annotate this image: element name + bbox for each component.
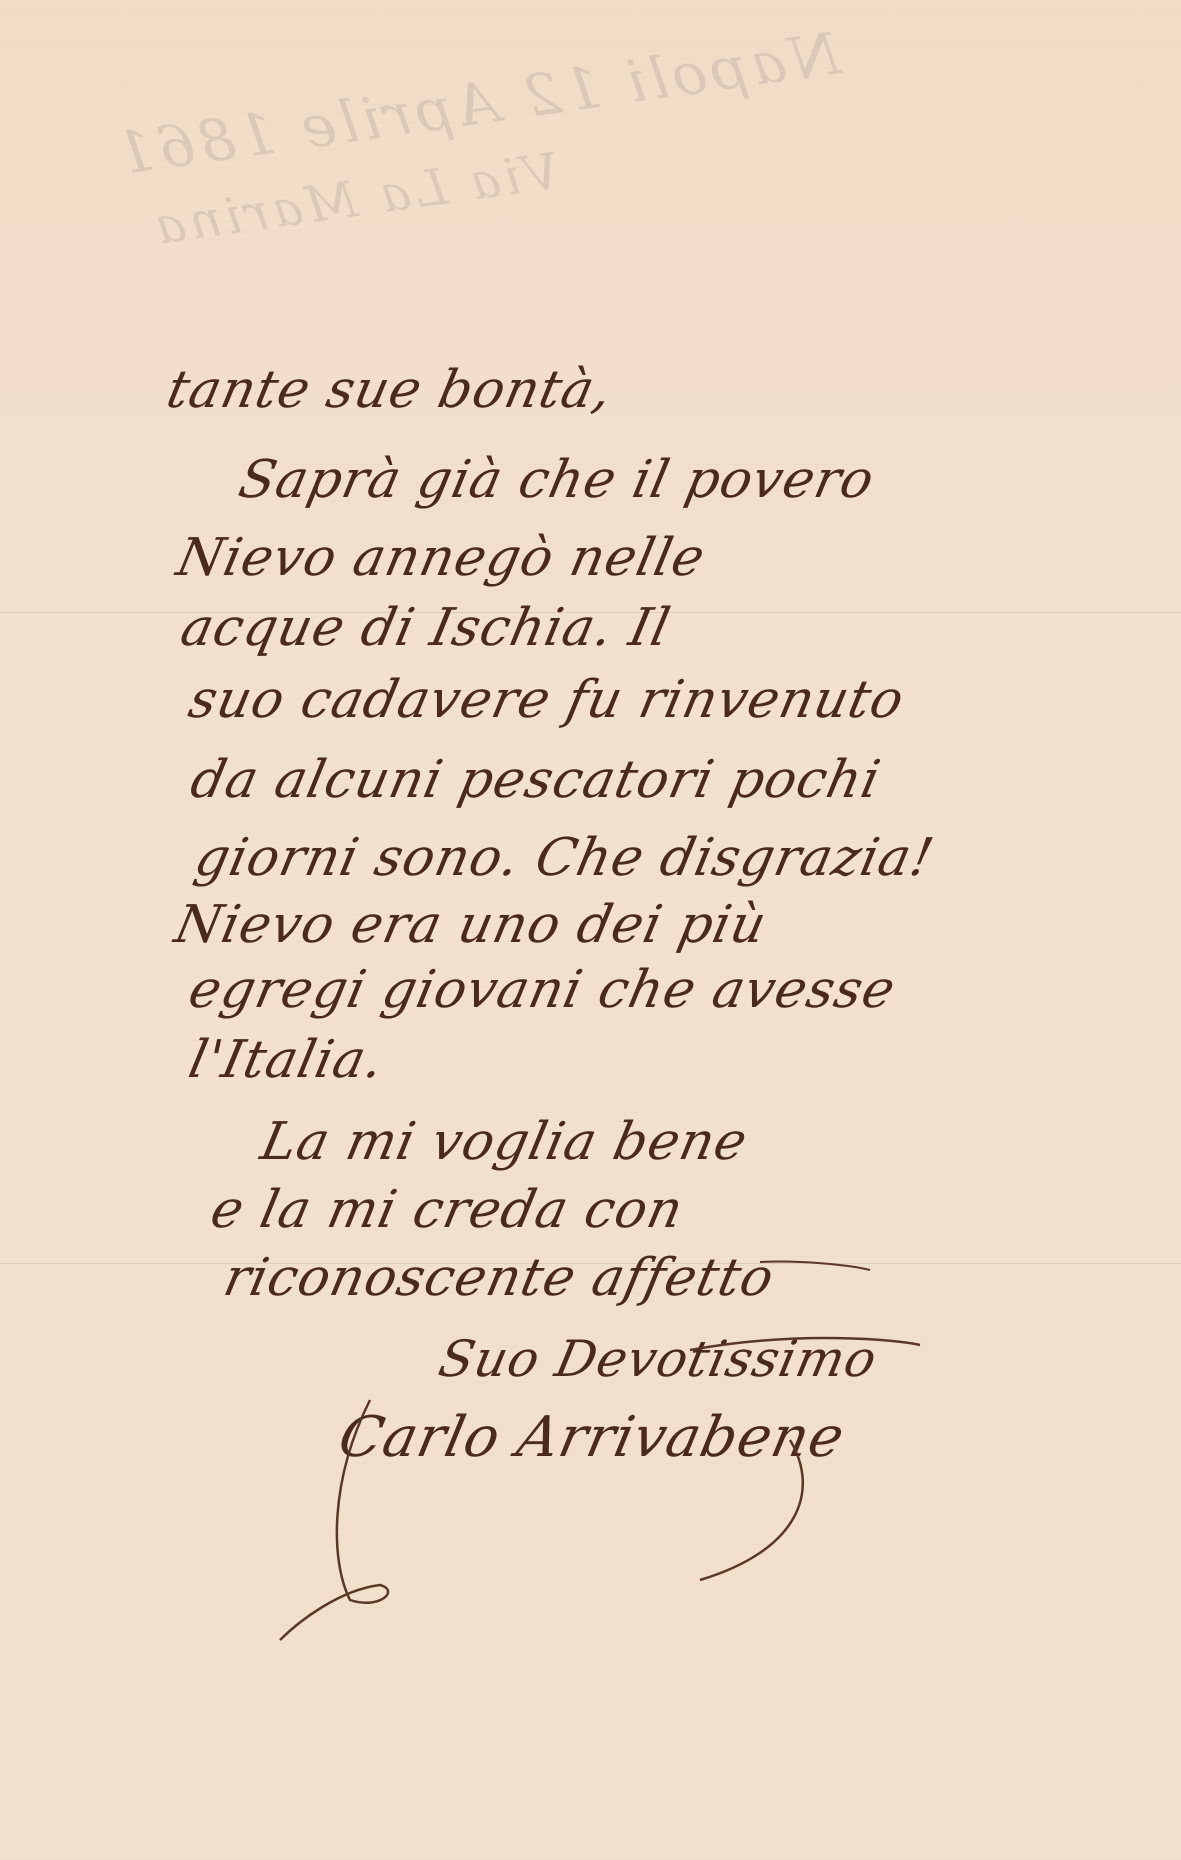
letter-line-12: e la mi creda con [206, 1180, 689, 1240]
letter-line-9: egregi giovani che avesse [184, 960, 901, 1020]
letter-line-6: da alcuni pescatori pochi [186, 750, 886, 810]
letter-line-11: La mi voglia bene [256, 1112, 753, 1172]
letter-line-8: Nievo era uno dei più [170, 895, 772, 955]
letter-line-4: acque di Ischia. Il [176, 598, 676, 658]
letter-line-3: Nievo annegò nelle [172, 528, 711, 588]
letter-line-1: tante sue bontà, [162, 360, 618, 420]
letter-line-13: riconoscente affetto [219, 1248, 780, 1308]
closing-salutation: Suo Devotissimo [434, 1330, 883, 1388]
signature: Carlo Arrivabene [333, 1405, 850, 1470]
letter-line-10: l'Italia. [184, 1030, 390, 1090]
letter-line-2: Saprà già che il povero [234, 450, 880, 510]
letter-line-5: suo cadavere fu rinvenuto [184, 670, 910, 730]
letter-line-7: giorni sono. Che disgrazia! [190, 828, 940, 888]
